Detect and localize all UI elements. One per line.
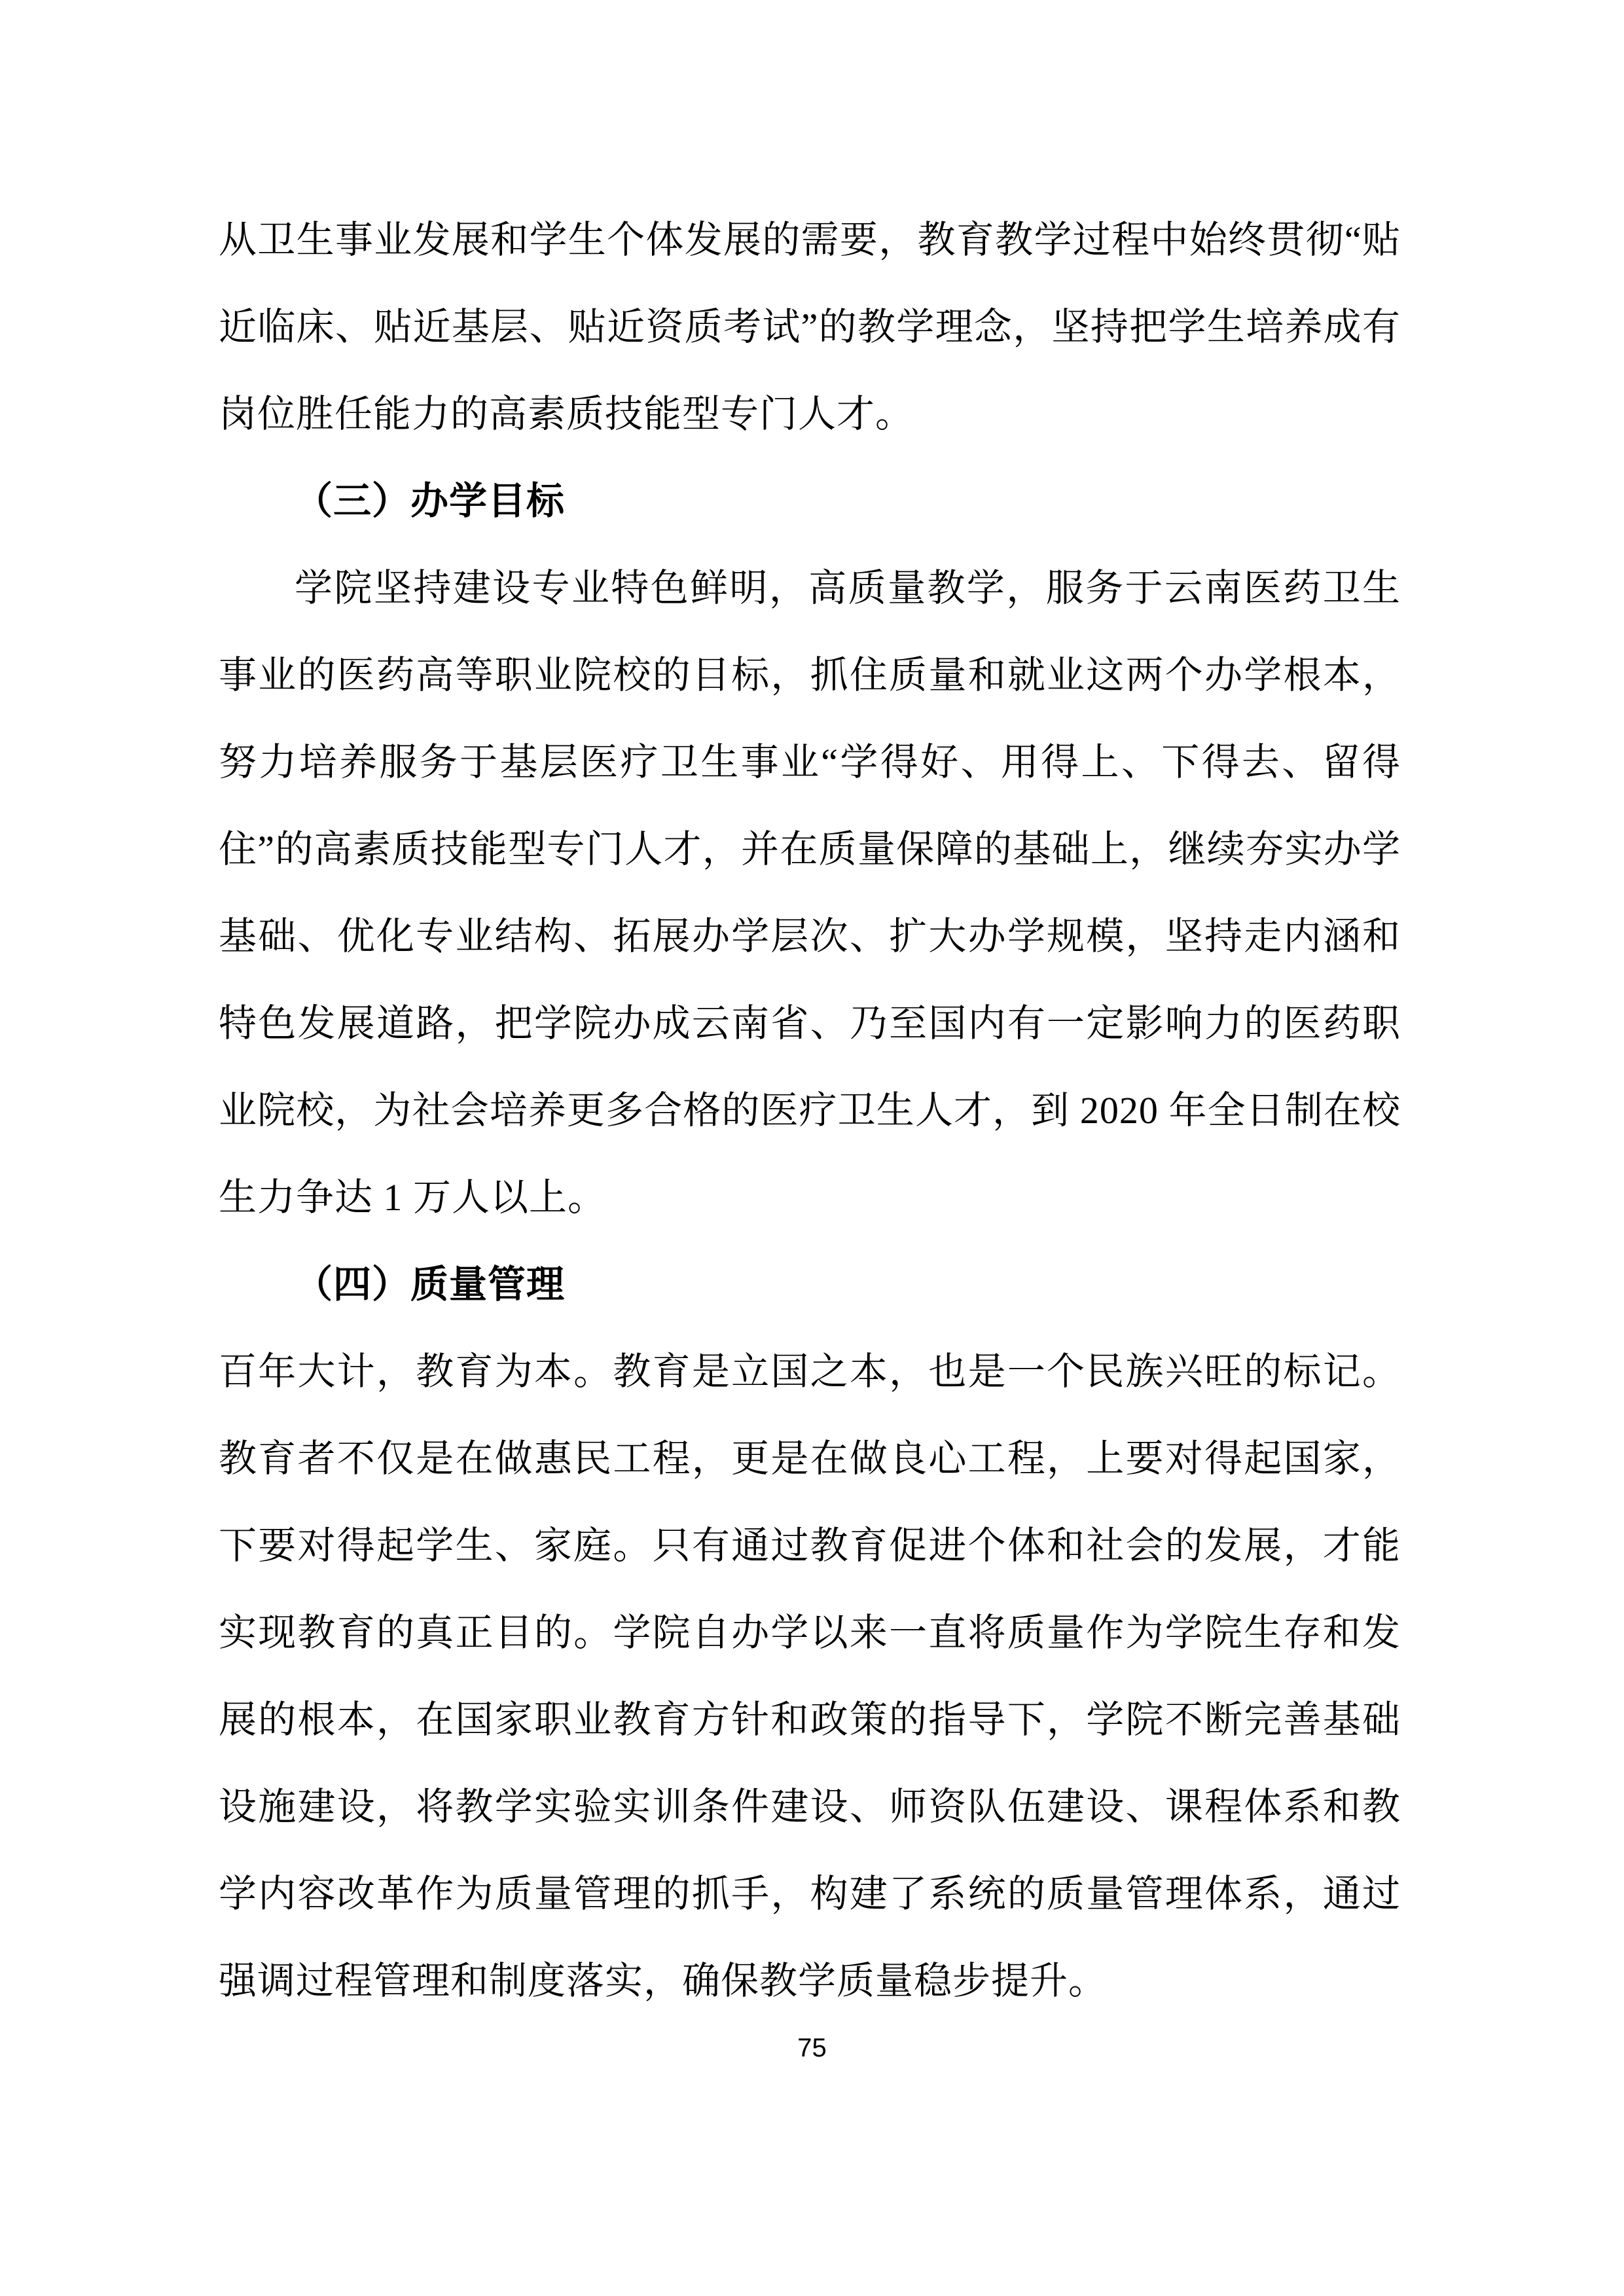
paragraph-continuation: 从卫生事业发展和学生个体发展的需要，教育教学过程中始终贯彻“贴近临床、贴近基层、… bbox=[219, 196, 1401, 457]
paragraph-school-goals: 学院坚持建设专业特色鲜明，高质量教学，服务于云南医药卫生事业的医药高等职业院校的… bbox=[219, 545, 1401, 1241]
text-block: 从卫生事业发展和学生个体发展的需要，教育教学过程中始终贯彻“贴近临床、贴近基层、… bbox=[219, 196, 1401, 2024]
page-number: 75 bbox=[0, 2032, 1624, 2064]
paragraph-quality-management: 百年大计，教育为本。教育是立国之本，也是一个民族兴旺的标记。教育者不仅是在做惠民… bbox=[219, 1328, 1401, 2024]
section-heading-3-banxue-mubiao: （三）办学目标 bbox=[219, 457, 1401, 545]
document-page: 从卫生事业发展和学生个体发展的需要，教育教学过程中始终贯彻“贴近临床、贴近基层、… bbox=[0, 0, 1624, 2296]
section-heading-4-zhiliang-guanli: （四）质量管理 bbox=[219, 1241, 1401, 1328]
